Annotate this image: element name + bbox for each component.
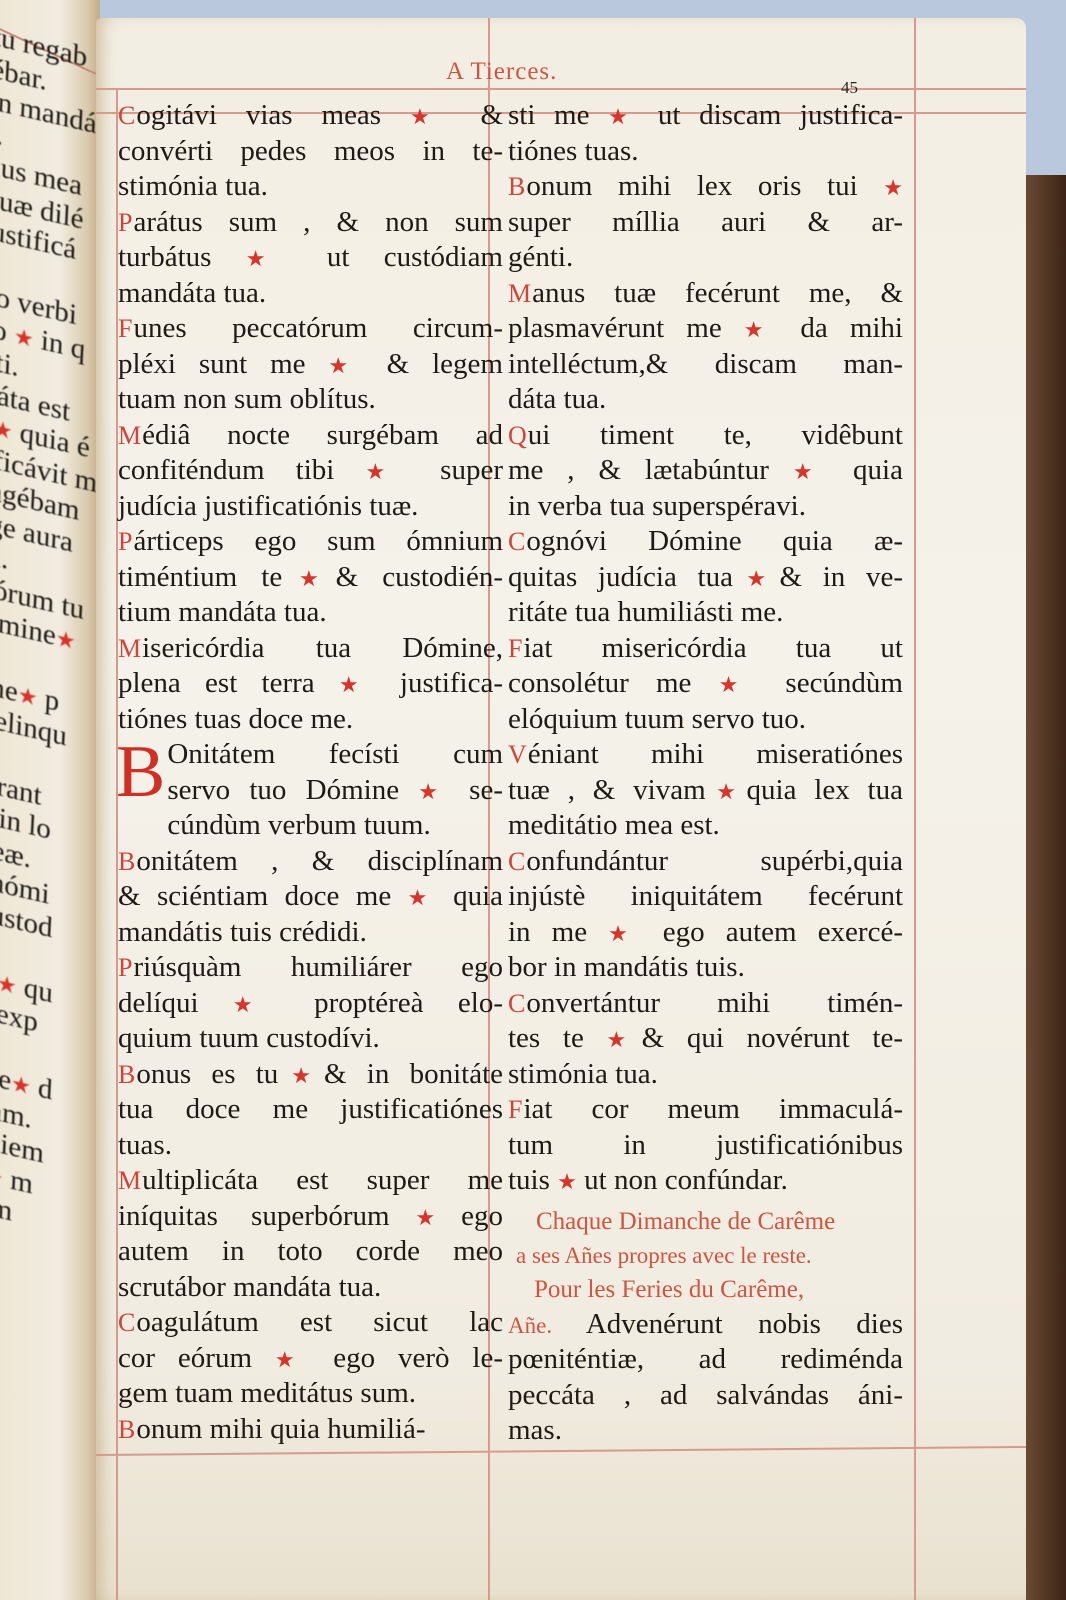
- rubricated-initial: M: [118, 421, 141, 450]
- rubricated-initial: M: [118, 634, 141, 663]
- verse-line: cor eórum ★ ego verò le-: [118, 1341, 503, 1377]
- verse-line: judícia justificatiónis tuæ.: [118, 489, 503, 525]
- page-number: 45: [841, 78, 858, 98]
- verse-line: tium mandáta tua.: [118, 595, 503, 631]
- star-icon: ★: [0, 415, 13, 444]
- verse-line: Véniant mihi miseratiónes: [508, 737, 903, 773]
- verse-line: timéntium te★& custodién-: [118, 560, 503, 596]
- antiphon-line: Añe. Advenérunt nobis dies: [508, 1307, 903, 1343]
- rubricated-initial: F: [508, 634, 522, 663]
- verse-line: BOnitátem fecísti cum: [118, 737, 503, 773]
- verse: Parátus sum , & non sumturbátus ★ ut cus…: [118, 205, 503, 312]
- verse: Confundántur supérbi,quiainjústè iniquit…: [508, 844, 903, 986]
- star-icon: ★: [275, 1347, 310, 1372]
- star-icon: ★: [408, 885, 437, 910]
- rubricated-initial: Q: [508, 421, 527, 450]
- verse-line: Parátus sum , & non sum: [118, 205, 503, 241]
- star-icon: ★: [608, 921, 642, 946]
- verse-line: Funes peccatórum circum-: [118, 311, 503, 347]
- star-icon: ★: [557, 1169, 577, 1194]
- verse-line: Bonum mihi lex oris tui ★: [508, 169, 903, 205]
- verse-line: servo tuo Dómine ★ se-: [118, 773, 503, 809]
- verse-line: tuæ , & vivam★quia lex tua: [508, 773, 903, 809]
- rubric-block: Chaque Dimanche de Carême a ses Añes pro…: [508, 1205, 903, 1307]
- rubricated-initial: M: [508, 279, 531, 308]
- facing-page: tu regabébar.in mandái.nus meaquæ diléju…: [0, 0, 100, 1600]
- rubricated-initial: C: [508, 847, 525, 876]
- verse-line: gem tuam meditátus sum.: [118, 1376, 503, 1412]
- verse: Coagulátum est sicut laccor eórum ★ ego …: [118, 1305, 503, 1412]
- verse-line: mandátis tuis crédidi.: [118, 915, 503, 951]
- verse: Convertántur mihi timén-tes te ★& qui no…: [508, 986, 903, 1093]
- verse: Bonitátem , & disciplínam& sciéntiam doc…: [118, 844, 503, 951]
- star-icon: ★: [719, 672, 759, 697]
- verse-line: Convertántur mihi timén-: [508, 986, 903, 1022]
- star-icon: ★: [17, 681, 38, 710]
- rubricated-initial: B: [118, 847, 135, 876]
- verse-line: Multiplicáta est super me: [118, 1163, 503, 1199]
- verse-line: tum in justificatiónibus: [508, 1128, 903, 1164]
- verse-line: delíqui ★ proptéreà elo-: [118, 986, 503, 1022]
- verse: Bonum mihi lex oris tui ★super míllia au…: [508, 169, 903, 276]
- star-icon: ★: [883, 175, 903, 200]
- star-icon: ★: [744, 317, 779, 342]
- rubricated-initial: C: [118, 101, 135, 130]
- verse-line: Bonitátem , & disciplínam: [118, 844, 503, 880]
- rubricated-initial: P: [118, 527, 132, 556]
- book-cover-edge: [1026, 175, 1066, 1600]
- rubricated-initial: F: [508, 1095, 522, 1124]
- verse: sti me ★ ut discam justifica-tiónes tuas…: [508, 98, 903, 169]
- verse: Misericórdia tua Dómine,plena est terra …: [118, 631, 503, 738]
- star-icon: ★: [418, 779, 450, 804]
- verse-line: sti me ★ ut discam justifica-: [508, 98, 903, 134]
- verse-line: tua doce me justificatiónes: [118, 1092, 503, 1128]
- verse: Médiâ nocte surgébam adconfiténdum tibi …: [118, 418, 503, 525]
- verse-line: convérti pedes meos in te-: [118, 134, 503, 170]
- drop-cap: B: [116, 739, 165, 809]
- running-head: A Tierces.: [446, 58, 557, 86]
- star-icon: ★: [278, 1063, 324, 1088]
- verse-line: quium tuum custodívi.: [118, 1021, 503, 1057]
- verse-line: dáta tua.: [508, 382, 903, 418]
- verse-line: super míllia auri & ar-: [508, 205, 903, 241]
- antiphon-label: Añe.: [508, 1313, 552, 1338]
- verse: Multiplicáta est super meiníquitas super…: [118, 1163, 503, 1305]
- rubricated-initial: F: [118, 314, 132, 343]
- rubricated-initial: C: [118, 1308, 135, 1337]
- verse-line: tiónes tuas doce me.: [118, 702, 503, 738]
- right-column: sti me ★ ut discam justifica-tiónes tuas…: [508, 98, 903, 1449]
- verse-line: confiténdum tibi ★ super: [118, 453, 503, 489]
- verse-line: Cogitávi vias meas ★ &: [118, 98, 503, 134]
- verse-line: Confundántur supérbi,quia: [508, 844, 903, 880]
- verse-line: Manus tuæ fecérunt me, &: [508, 276, 903, 312]
- star-icon: ★: [733, 566, 780, 591]
- rubricated-initial: C: [508, 989, 525, 1018]
- star-icon: ★: [328, 353, 363, 378]
- verse-line: plena est terra ★ justifica-: [118, 666, 503, 702]
- verse-line: meditátio mea est.: [508, 808, 903, 844]
- verse-line: intelléctum,& discam man-: [508, 347, 903, 383]
- verse: Priúsquàm humiliárer egodelíqui ★ propté…: [118, 950, 503, 1057]
- verse-line: génti.: [508, 240, 903, 276]
- verse-line: Coagulátum est sicut lac: [118, 1305, 503, 1341]
- rubricated-initial: V: [508, 740, 527, 769]
- verse: Véniant mihi miseratiónestuæ , & vivam★q…: [508, 737, 903, 844]
- rubric-line: a ses Añes propres avec le reste.: [508, 1239, 903, 1273]
- verse: Funes peccatórum circum-pléxi sunt me ★ …: [118, 311, 503, 418]
- star-icon: ★: [390, 1205, 462, 1230]
- verse-line: tiónes tuas.: [508, 134, 903, 170]
- verse-line: autem in toto corde meo: [118, 1234, 503, 1270]
- verse-line: quitas judícia tua★& in ve-: [508, 560, 903, 596]
- verse-line: Bonum mihi quia humiliá-: [118, 1412, 503, 1448]
- antiphon-line: pœniténtiæ, ad rediménda: [508, 1342, 903, 1378]
- star-icon: ★: [0, 1162, 4, 1191]
- star-icon: ★: [365, 459, 409, 484]
- star-icon: ★: [706, 779, 747, 804]
- verse: Manus tuæ fecérunt me, &plasmavérunt me …: [508, 276, 903, 418]
- rubricated-initial: B: [118, 1415, 135, 1444]
- antiphon: Añe. Advenérunt nobis dies pœniténtiæ, a…: [508, 1307, 903, 1449]
- verse-line: turbátus ★ ut custódiam: [118, 240, 503, 276]
- verse-line: Qui timent te, vidêbunt: [508, 418, 903, 454]
- rubric-line: Pour les Feries du Carême,: [508, 1273, 903, 1307]
- rubricated-initial: B: [118, 1060, 135, 1089]
- star-icon: ★: [793, 459, 829, 484]
- left-column: Cogitávi vias meas ★ &convérti pedes meo…: [118, 98, 503, 1447]
- verse-line: Priúsquàm humiliárer ego: [118, 950, 503, 986]
- verse-line: scrutábor mandáta tua.: [118, 1270, 503, 1306]
- rubricated-initial: C: [508, 527, 525, 556]
- verse-line: me , & lætabúntur ★ quia: [508, 453, 903, 489]
- verse: Bonum mihi quia humiliá-: [118, 1412, 503, 1448]
- verse-line: stimónia tua.: [508, 1057, 903, 1093]
- verse-line: mandáta tua.: [118, 276, 503, 312]
- verse-line: iníquitas superbórum★ego: [118, 1199, 503, 1235]
- verse: Fiat misericórdia tua utconsolétur me ★ …: [508, 631, 903, 738]
- verse-line: consolétur me ★ secúndùm: [508, 666, 903, 702]
- head-rule-top: [96, 88, 1026, 90]
- verse-line: tuas.: [118, 1128, 503, 1164]
- verse-line: Cognóvi Dómine quia æ-: [508, 524, 903, 560]
- star-icon: ★: [233, 992, 280, 1017]
- verse-line: tuis ★ ut non confúndar.: [508, 1163, 903, 1199]
- antiphon-line: mas.: [508, 1413, 903, 1449]
- verse: Cogitávi vias meas ★ &convérti pedes meo…: [118, 98, 503, 205]
- right-column-verses: sti me ★ ut discam justifica-tiónes tuas…: [508, 98, 903, 1199]
- verse-line: Párticeps ego sum ómnium: [118, 524, 503, 560]
- verse: Fiat cor meum immaculá-tum in justificat…: [508, 1092, 903, 1199]
- verse-line: in me ★ ego autem exercé-: [508, 915, 903, 951]
- verse-line: stimónia tua.: [118, 169, 503, 205]
- antiphon-line: peccáta , ad salvándas áni-: [508, 1378, 903, 1414]
- facing-page-text: tu regabébar.in mandái.nus meaquæ diléju…: [0, 20, 100, 1242]
- verse: Cognóvi Dómine quia æ-quitas judícia tua…: [508, 524, 903, 631]
- verse-line: Fiat cor meum immaculá-: [508, 1092, 903, 1128]
- star-icon: ★: [282, 566, 335, 591]
- verse-line: Fiat misericórdia tua ut: [508, 631, 903, 667]
- star-icon: ★: [339, 672, 376, 697]
- verse-line: & sciéntiam doce me ★ quia: [118, 879, 503, 915]
- verse-line: tuam non sum oblítus.: [118, 382, 503, 418]
- verse-line: cúndùm verbum tuum.: [118, 808, 503, 844]
- star-icon: ★: [246, 246, 293, 271]
- verse: Párticeps ego sum ómniumtiméntium te★& c…: [118, 524, 503, 631]
- rubricated-initial: B: [508, 172, 525, 201]
- star-icon: ★: [607, 1027, 642, 1052]
- star-icon: ★: [410, 104, 451, 129]
- star-icon: ★: [0, 970, 17, 999]
- verse-line: in verba tua superspéravi.: [508, 489, 903, 525]
- verse: Bonus es tu★& in bonitátetua doce me jus…: [118, 1057, 503, 1164]
- verse: Qui timent te, vidêbuntme , & lætabúntur…: [508, 418, 903, 525]
- rubricated-initial: M: [118, 1166, 141, 1195]
- verse-line: Misericórdia tua Dómine,: [118, 631, 503, 667]
- rubric-line: Chaque Dimanche de Carême: [508, 1205, 903, 1239]
- verse-line: Bonus es tu★& in bonitáte: [118, 1057, 503, 1093]
- verse-line: pléxi sunt me ★ & legem: [118, 347, 503, 383]
- rubricated-initial: P: [118, 208, 132, 237]
- star-icon: ★: [13, 323, 34, 352]
- star-icon: ★: [10, 1070, 31, 1099]
- rubricated-initial: P: [118, 953, 132, 982]
- right-margin-rule: [914, 18, 916, 1600]
- star-icon: ★: [55, 625, 76, 654]
- verse-line: Médiâ nocte surgébam ad: [118, 418, 503, 454]
- verse-line: ritáte tua humiliásti me.: [508, 595, 903, 631]
- verse-line: tes te ★& qui novérunt te-: [508, 1021, 903, 1057]
- star-icon: ★: [608, 104, 639, 129]
- verse: BOnitátem fecísti cumservo tuo Dómine ★ …: [118, 737, 503, 844]
- verse-line: elóquium tuum servo tuo.: [508, 702, 903, 738]
- verse-line: bor in mandátis tuis.: [508, 950, 903, 986]
- book-page: A Tierces. 45 Cogitávi vias meas ★ &conv…: [96, 18, 1026, 1600]
- verse-line: plasmavérunt me ★ da mihi: [508, 311, 903, 347]
- verse-line: injústè iniquitátem fecérunt: [508, 879, 903, 915]
